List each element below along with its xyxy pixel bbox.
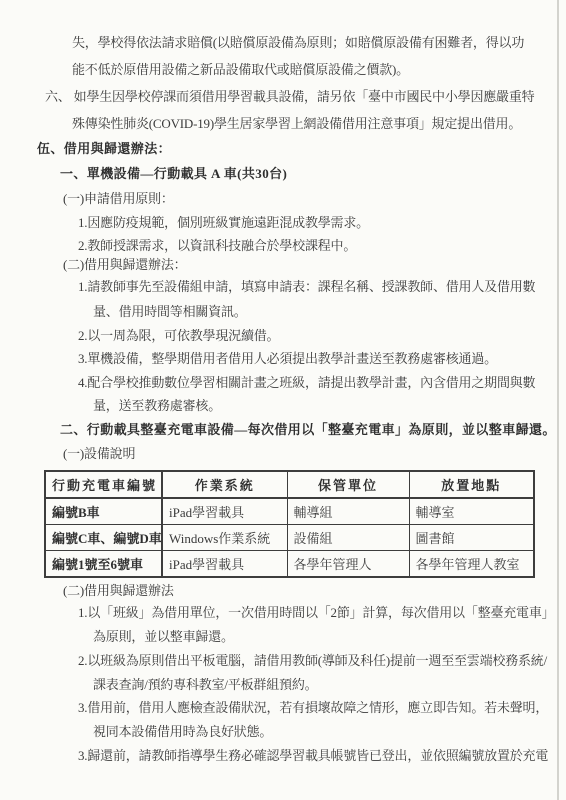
table-header-cell: 放置地點 [409, 471, 534, 498]
text-line: (一)設備說明 [63, 444, 135, 464]
text-line: (二)借用與歸還辦法： [63, 255, 186, 275]
text-line: 為原則，並以整車歸還。 [93, 627, 234, 647]
text-line: 殊傳染性肺炎(COVID-19)學生居家學習上網設備借用注意事項」規定提出借用。 [72, 114, 521, 134]
text-line: (二)借用與歸還辦法 [63, 581, 174, 601]
text-line: 失，學校得依法請求賠償(以賠償原設備為原則；如賠償原設備有困難者，得以功 [72, 33, 524, 53]
scan-edge-line [557, 0, 559, 800]
charging-cart-table: 行動充電車編號作業系統保管單位放置地點 編號B車iPad學習載具輔導組輔導室編號… [44, 470, 535, 578]
table-cell: 輔導組 [287, 498, 409, 525]
text-line: 3.借用前，借用人應檢查設備狀況，若有損壞故障之情形，應立即告知。若未聲明， [78, 698, 548, 718]
text-line: 2.以班級為原則借出平板電腦，請借用教師(導師及科任)提前一週至至雲端校務系統/ [78, 651, 547, 671]
table-cell: 編號1號至6號車 [45, 551, 162, 578]
text-line: 量、借用時間等相關資訊。 [93, 302, 247, 322]
table-cell: 編號B車 [45, 498, 162, 525]
section-heading: 二、行動載具整臺充電車設備—每次借用以「整臺充電車」為原則，並以整車歸還。 [60, 420, 556, 440]
charging-cart-table-container: 行動充電車編號作業系統保管單位放置地點 編號B車iPad學習載具輔導組輔導室編號… [44, 470, 535, 578]
table-cell: iPad學習載具 [162, 551, 287, 578]
text-line: (一)申請借用原則： [63, 189, 174, 209]
section-heading: 伍、借用與歸還辦法： [37, 139, 171, 159]
text-line: 視同本設備借用時為良好狀態。 [93, 722, 272, 742]
table-cell: iPad學習載具 [162, 498, 287, 525]
table-cell: 編號C車、編號D車 [45, 525, 162, 551]
table-cell: 設備組 [287, 525, 409, 551]
table-cell: 輔導室 [409, 498, 534, 525]
table-cell: 各學年管理人 [287, 551, 409, 578]
text-line: 1.以「班級」為借用單位，一次借用時間以「2節」計算，每次借用以「整臺充電車」 [78, 603, 554, 623]
text-line: 2.以一周為限，可依教學現況續借。 [78, 326, 279, 346]
table-header-cell: 作業系統 [162, 471, 287, 498]
text-line: 1.請教師事先至設備組申請，填寫申請表：課程名稱、授課教師、借用人及借用數 [78, 277, 535, 297]
text-line: 4.配合學校推動數位學習相關計畫之班級，請提出教學計畫，內含借用之期間與數 [78, 373, 535, 393]
table-header-row: 行動充電車編號作業系統保管單位放置地點 [45, 471, 534, 498]
text-line: 課表查詢/預約專科教室/平板群組預約。 [93, 675, 317, 695]
text-line: 3.歸還前，請教師指導學生務必確認學習載具帳號皆已登出，並依照編號放置於充電 [78, 746, 548, 766]
text-line: 量，送至教務處審核。 [93, 396, 221, 416]
table-cell: 圖書館 [409, 525, 534, 551]
text-line: 3.單機設備，整學期借用者借用人必須提出教學計畫送至教務處審核通過。 [78, 349, 497, 369]
text-line: 六、 如學生因學校停課而須借用學習載具設備，請另依「臺中市國民中小學因應嚴重特 [45, 87, 534, 107]
table-row: 編號1號至6號車iPad學習載具各學年管理人各學年管理人教室 [45, 551, 534, 578]
table-cell: 各學年管理人教室 [409, 551, 534, 578]
text-line: 2.教師授課需求，以資訊科技融合於學校課程中。 [78, 236, 356, 256]
document-page: 失，學校得依法請求賠償(以賠償原設備為原則；如賠償原設備有困難者，得以功能不低於… [0, 0, 566, 800]
table-cell: Windows作業系統 [162, 525, 287, 551]
table-header-cell: 保管單位 [287, 471, 409, 498]
section-heading: 一、單機設備—行動載具 A 車(共30台) [60, 164, 287, 184]
text-line: 能不低於原借用設備之新品設備取代或賠償原設備之價款)。 [72, 60, 409, 80]
table-header-cell: 行動充電車編號 [45, 471, 162, 498]
table-row: 編號B車iPad學習載具輔導組輔導室 [45, 498, 534, 525]
table-row: 編號C車、編號D車Windows作業系統設備組圖書館 [45, 525, 534, 551]
text-line: 1.因應防疫規範，個別班級實施遠距混成教學需求。 [78, 213, 369, 233]
